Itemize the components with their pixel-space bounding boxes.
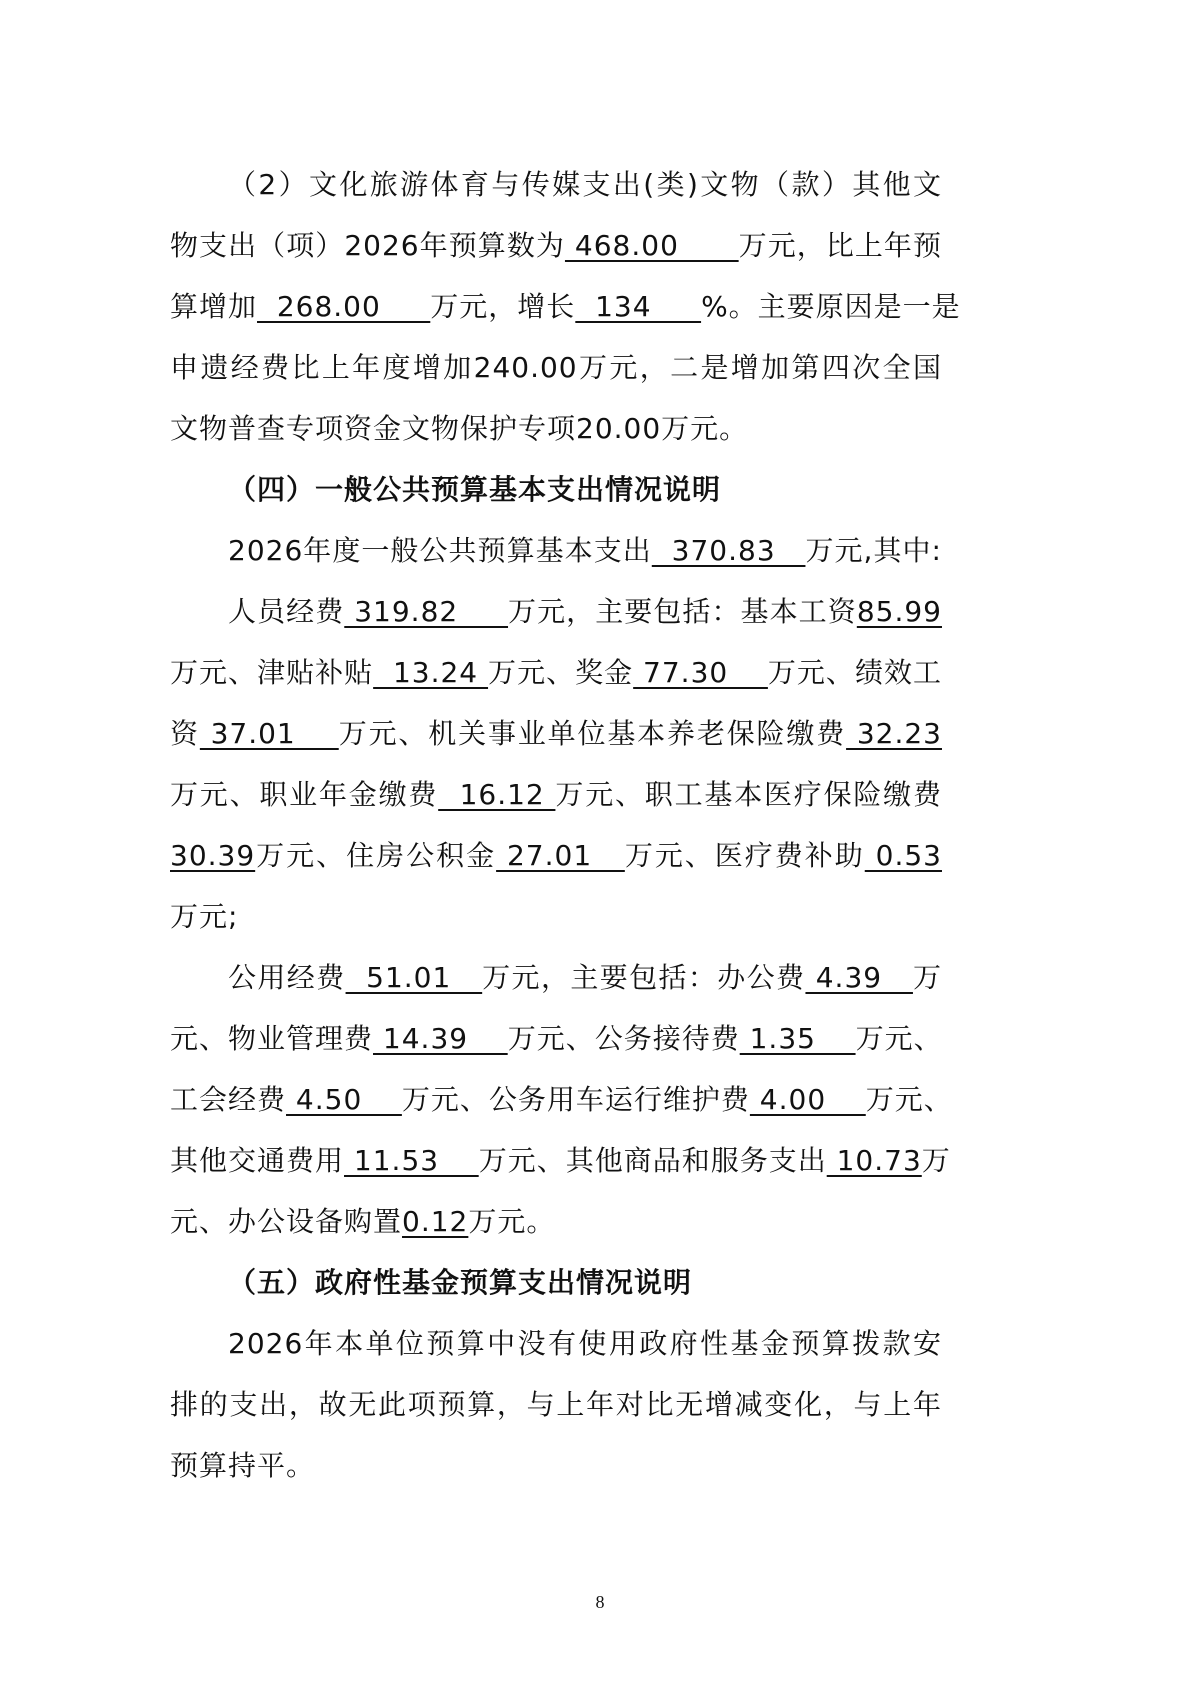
text: 万元、机关事业单位基本养老保险缴费 [339, 717, 846, 750]
text: 文物普查专项资金文物保护专项20.00万元。 [170, 412, 748, 445]
reception-fee-value: 1.35 [740, 1022, 856, 1055]
property-fee-value: 14.39 [373, 1022, 508, 1055]
public-line5: 元、办公设备购置0.12万元。 [170, 1202, 942, 1242]
text: 万元、公务接待费 [508, 1022, 740, 1055]
medical-insurance-value: 30.39 [170, 839, 255, 872]
personnel-line6: 万元; [170, 897, 942, 937]
public-line4: 其他交通费用 11.53 万元、其他商品和服务支出 10.73万 [170, 1141, 942, 1181]
bonus-value: 77.30 [633, 656, 768, 689]
text: 万 [913, 961, 942, 994]
section5-heading: （五）政府性基金预算支出情况说明 [228, 1263, 942, 1303]
text: 公用经费 [228, 961, 346, 994]
item2-line4: 申遗经费比上年度增加240.00万元，二是增加第四次全国 [170, 348, 942, 388]
text: 万元、津贴补贴 [170, 656, 373, 689]
text: 万元、职工基本医疗保险缴费 [555, 778, 942, 811]
item2-line5: 文物普查专项资金文物保护专项20.00万元。 [170, 409, 942, 449]
text: 万元、公务用车运行维护费 [402, 1083, 750, 1116]
text: 2026年度一般公共预算基本支出 [228, 534, 652, 567]
personnel-line4: 万元、职业年金缴费 16.12 万元、职工基本医疗保险缴费 [170, 775, 942, 815]
text: 万元、职业年金缴费 [170, 778, 438, 811]
vehicle-fee-value: 4.00 [750, 1083, 866, 1116]
text: 万元、绩效工 [768, 656, 942, 689]
personnel-line1: 人员经费 319.82 万元，主要包括：基本工资85.99 [228, 592, 942, 632]
union-fee-value: 4.50 [286, 1083, 402, 1116]
text: 工会经费 [170, 1083, 286, 1116]
text: 万元，比上年预 [739, 229, 942, 262]
text: 万元、奖金 [488, 656, 633, 689]
text: %。主要原因是一是 [701, 290, 961, 323]
text: 万元,其中: [805, 534, 942, 567]
text: 万元; [170, 900, 238, 933]
section5-line1: 2026年本单位预算中没有使用政府性基金预算拨款安 [228, 1324, 942, 1364]
medical-subsidy-value: 0.53 [865, 839, 942, 872]
allowance-value: 13.24 [373, 656, 488, 689]
growth-percent: 134 [575, 290, 701, 323]
public-line1: 公用经费 51.01 万元，主要包括：办公费 4.39 万 [228, 958, 942, 998]
section4-heading: （四）一般公共预算基本支出情况说明 [228, 470, 942, 510]
basic-expenditure-value: 370.83 [652, 534, 806, 567]
personnel-line5: 30.39万元、住房公积金 27.01 万元、医疗费补助 0.53 [170, 836, 942, 876]
transport-fee-value: 11.53 [344, 1144, 479, 1177]
budget-value: 468.00 [565, 229, 739, 262]
text: 万元，增长 [430, 290, 575, 323]
section5-line2: 排的支出，故无此项预算，与上年对比无增减变化，与上年 [170, 1385, 942, 1425]
item2-line1: （2）文化旅游体育与传媒支出(类)文物（款）其他文 [228, 165, 942, 205]
text: 万元、住房公积金 [255, 839, 496, 872]
text: 万元、其他商品和服务支出 [479, 1144, 827, 1177]
public-line2: 元、物业管理费 14.39 万元、公务接待费 1.35 万元、 [170, 1019, 942, 1059]
personnel-line3: 资 37.01 万元、机关事业单位基本养老保险缴费 32.23 [170, 714, 942, 754]
text: 资 [170, 717, 200, 750]
text: 万元、 [866, 1083, 953, 1116]
text: 物支出（项）2026年预算数为 [170, 229, 565, 262]
text: 预算持平。 [170, 1449, 315, 1482]
personnel-line2: 万元、津贴补贴 13.24 万元、奖金 77.30 万元、绩效工 [170, 653, 942, 693]
annuity-value: 16.12 [438, 778, 555, 811]
document-page: （2）文化旅游体育与传媒支出(类)文物（款）其他文 物支出（项）2026年预算数… [0, 0, 1200, 1697]
section5-line3: 预算持平。 [170, 1446, 942, 1486]
heading-text: （四）一般公共预算基本支出情况说明 [228, 473, 721, 506]
text: 2026年本单位预算中没有使用政府性基金预算拨款安 [228, 1327, 942, 1360]
public-value: 51.01 [346, 961, 483, 994]
heading-text: （五）政府性基金预算支出情况说明 [228, 1266, 692, 1299]
text: 算增加 [170, 290, 257, 323]
text: （2）文化旅游体育与传媒支出(类)文物（款）其他文 [228, 168, 942, 201]
text: 元、物业管理费 [170, 1022, 373, 1055]
item2-line3: 算增加 268.00 万元，增长 134 %。主要原因是一是 [170, 287, 942, 327]
text: 申遗经费比上年度增加240.00万元，二是增加第四次全国 [170, 351, 942, 384]
pension-value: 32.23 [846, 717, 942, 750]
text: 万元，主要包括：基本工资 [508, 595, 857, 628]
item2-line2: 物支出（项）2026年预算数为 468.00 万元，比上年预 [170, 226, 942, 266]
text: 其他交通费用 [170, 1144, 344, 1177]
housing-fund-value: 27.01 [496, 839, 625, 872]
other-goods-value: 10.73 [827, 1144, 922, 1177]
page-number: 8 [0, 1592, 1200, 1613]
text: 万元。 [468, 1205, 555, 1238]
personnel-value: 319.82 [344, 595, 508, 628]
text: 万元，主要包括：办公费 [482, 961, 805, 994]
increase-value: 268.00 [257, 290, 430, 323]
text: 万元、医疗费补助 [625, 839, 865, 872]
public-line3: 工会经费 4.50 万元、公务用车运行维护费 4.00 万元、 [170, 1080, 942, 1120]
equipment-value: 0.12 [402, 1205, 468, 1238]
text: 元、办公设备购置 [170, 1205, 402, 1238]
section4-para1: 2026年度一般公共预算基本支出 370.83 万元,其中: [228, 531, 942, 571]
office-fee-value: 4.39 [805, 961, 913, 994]
text: 人员经费 [228, 595, 344, 628]
text: 万 [922, 1144, 951, 1177]
text: 排的支出，故无此项预算，与上年对比无增减变化，与上年 [170, 1388, 942, 1421]
text: 万元、 [856, 1022, 943, 1055]
performance-pay-value: 37.01 [200, 717, 339, 750]
base-salary-value: 85.99 [857, 595, 942, 628]
